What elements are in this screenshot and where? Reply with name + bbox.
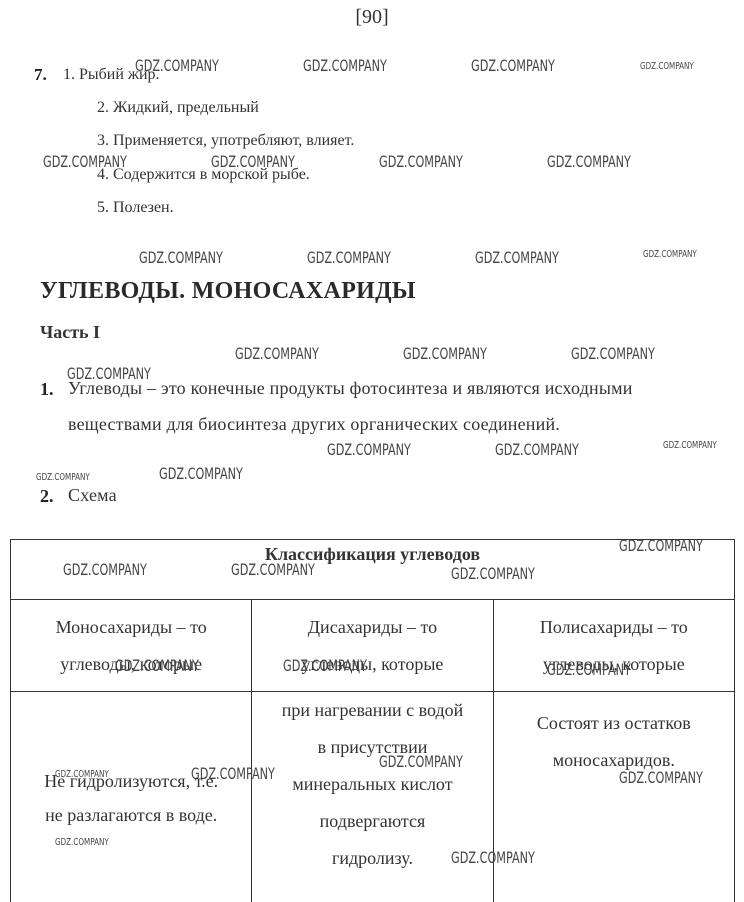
watermark: GDZ.COMPANY	[495, 440, 579, 459]
watermark: GDZ.COMPANY	[115, 656, 199, 675]
task-7-answer-2: 2. Жидкий, предельный	[97, 99, 259, 117]
watermark: GDZ.COMPANY	[403, 344, 487, 363]
task-1-number: 1.	[40, 379, 54, 400]
task-2-label: Схема	[68, 485, 117, 506]
page-number: [90]	[0, 6, 744, 29]
watermark: GDZ.COMPANY	[139, 248, 223, 267]
cell-line: Моносахариды – то	[11, 609, 251, 646]
cell-line: Состоят из остатков	[494, 705, 734, 742]
classification-table: Классификация углеводов Моносахариды – т…	[10, 539, 735, 902]
watermark: GDZ.COMPANY	[303, 56, 387, 75]
watermark: GDZ.COMPANY	[36, 472, 90, 483]
watermark: GDZ.COMPANY	[547, 152, 631, 171]
watermark: GDZ.COMPANY	[379, 752, 463, 771]
watermark: GDZ.COMPANY	[619, 536, 703, 555]
cell-line: подвергаются	[252, 803, 492, 840]
watermark: GDZ.COMPANY	[571, 344, 655, 363]
watermark: GDZ.COMPANY	[307, 248, 391, 267]
cell-line: минеральных кислот	[252, 766, 492, 803]
watermark: GDZ.COMPANY	[231, 560, 315, 579]
watermark: GDZ.COMPANY	[283, 656, 367, 675]
watermark: GDZ.COMPANY	[379, 152, 463, 171]
body-cell-monosaccharides: Не гидролизуются, т.е. не разлагаются в …	[11, 692, 252, 902]
watermark: GDZ.COMPANY	[211, 152, 295, 171]
task-2-number: 2.	[40, 486, 54, 507]
part-heading: Часть I	[40, 322, 100, 343]
cell-line: Полисахариды – то	[494, 609, 734, 646]
body-cell-polysaccharides: Состоят из остатков моносахаридов.	[493, 692, 734, 902]
watermark: GDZ.COMPANY	[547, 660, 631, 679]
watermark: GDZ.COMPANY	[55, 769, 109, 780]
watermark: GDZ.COMPANY	[619, 768, 703, 787]
watermark: GDZ.COMPANY	[159, 464, 243, 483]
watermark: GDZ.COMPANY	[643, 249, 697, 260]
watermark: GDZ.COMPANY	[135, 56, 219, 75]
watermark: GDZ.COMPANY	[475, 248, 559, 267]
body-cell-disaccharides: при нагревании с водой в присутствии мин…	[252, 692, 493, 902]
watermark: GDZ.COMPANY	[235, 344, 319, 363]
task-7-answer-3: 3. Применяется, употребляют, влияет.	[97, 132, 354, 150]
watermark: GDZ.COMPANY	[327, 440, 411, 459]
watermark: GDZ.COMPANY	[55, 837, 109, 848]
task-1-text-line-1: Углеводы – это конечные продукты фотосин…	[68, 378, 633, 399]
watermark: GDZ.COMPANY	[63, 560, 147, 579]
header-cell-monosaccharides: Моносахариды – то углеводы, которые	[11, 600, 252, 692]
watermark: GDZ.COMPANY	[471, 56, 555, 75]
header-cell-disaccharides: Дисахариды – то углеводы, которые	[252, 600, 493, 692]
watermark: GDZ.COMPANY	[451, 564, 535, 583]
watermark: GDZ.COMPANY	[67, 364, 151, 383]
watermark: GDZ.COMPANY	[663, 440, 717, 451]
cell-line: не разлагаются в воде.	[11, 798, 251, 832]
task-7-answer-5: 5. Полезен.	[97, 199, 174, 217]
section-title: УГЛЕВОДЫ. МОНОСАХАРИДЫ	[40, 278, 416, 305]
task-7-number: 7.	[34, 65, 47, 85]
task-1-text-line-2: веществами для биосинтеза других органич…	[68, 414, 560, 435]
watermark: GDZ.COMPANY	[640, 61, 694, 72]
watermark: GDZ.COMPANY	[191, 764, 275, 783]
watermark: GDZ.COMPANY	[451, 848, 535, 867]
cell-line: Дисахариды – то	[252, 609, 492, 646]
cell-line: при нагревании с водой	[252, 692, 492, 729]
watermark: GDZ.COMPANY	[43, 152, 127, 171]
